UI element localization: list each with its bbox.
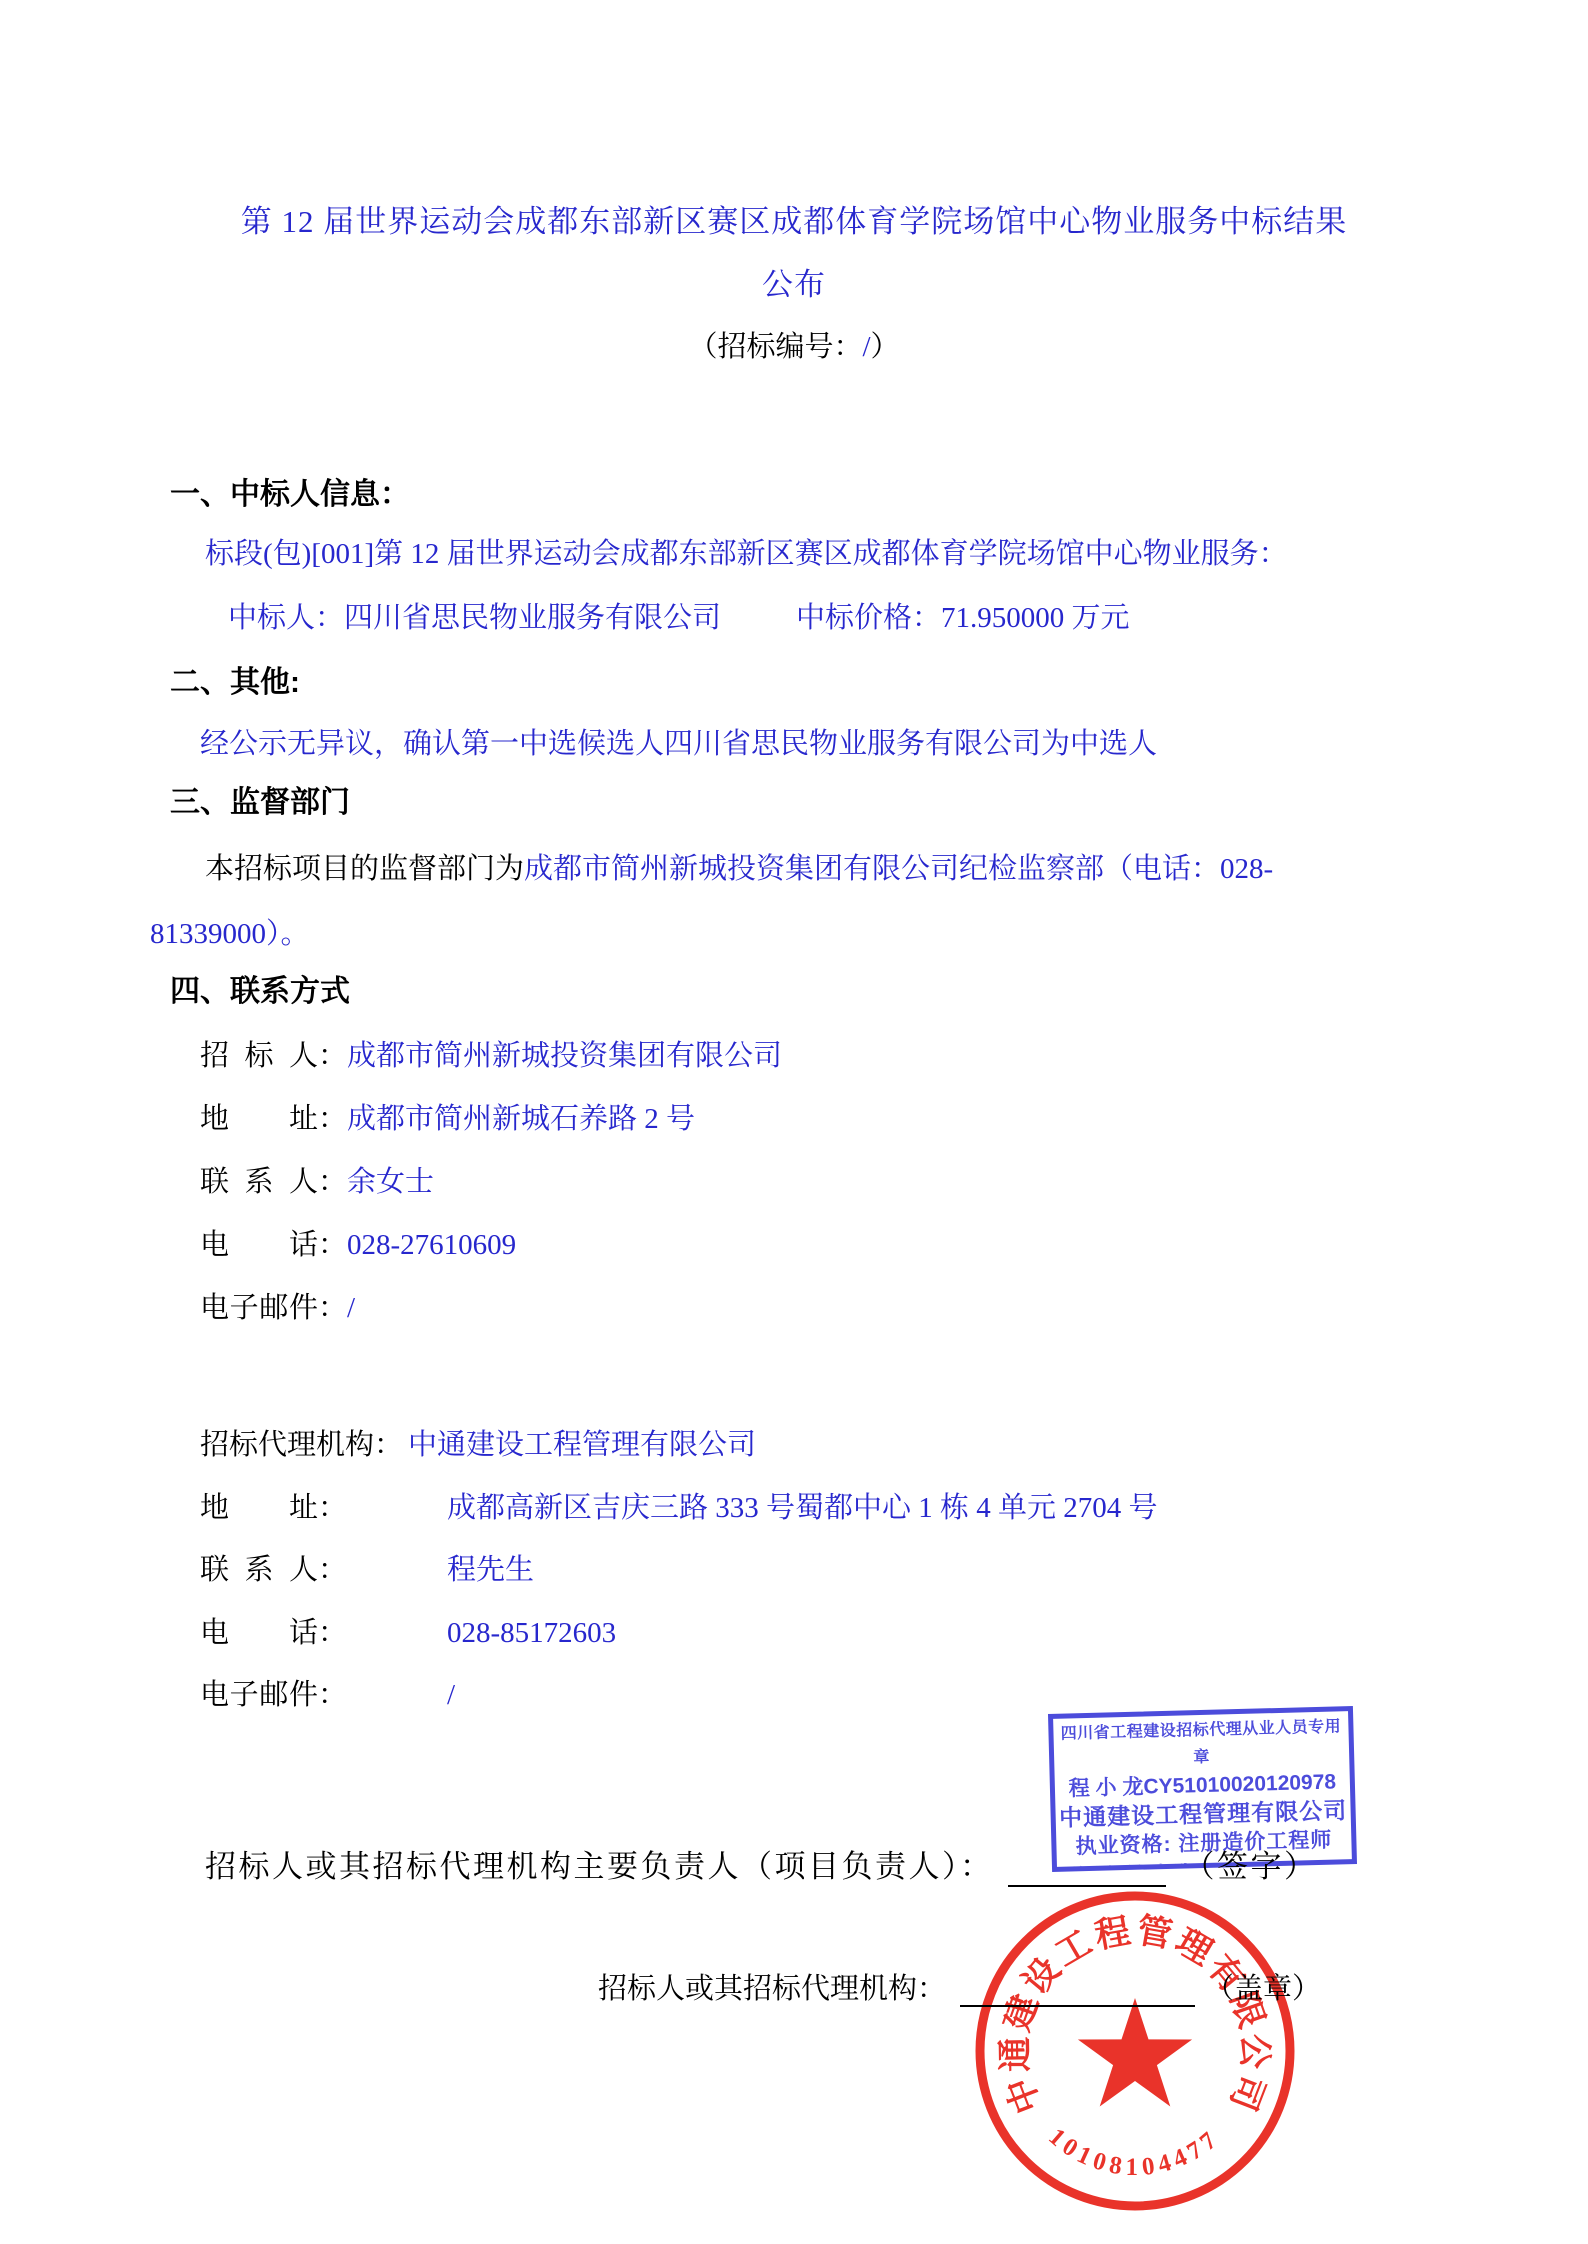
contact-row-email: 电子邮件：/ <box>200 1290 355 1326</box>
contact-value: / <box>347 1292 355 1324</box>
section-heading-contact: 四、联系方式 <box>170 973 350 1011</box>
supervision-line1: 本招标项目的监督部门为成都市简州新城投资集团有限公司纪检监察部（电话：028- <box>205 851 1273 887</box>
winner-name: 中标人：四川省思民物业服务有限公司 <box>228 602 721 634</box>
agency-row-email: 电子邮件：/ <box>200 1677 455 1713</box>
contact-colon: ： <box>318 1679 347 1711</box>
contact-value: 028-27610609 <box>347 1229 516 1261</box>
contact-colon: ： <box>318 1617 347 1649</box>
contact-colon: ： <box>318 1229 347 1261</box>
contact-colon: ： <box>318 1492 347 1524</box>
contact-colon: ： <box>318 1166 347 1198</box>
supervision-line1-blue: 成都市简州新城投资集团有限公司纪检监察部（电话：028- <box>524 853 1273 885</box>
contact-label: 地址 <box>200 1490 318 1526</box>
contact-value: / <box>447 1679 455 1711</box>
signature-label: 招标人或其招标代理机构： <box>598 1973 946 2005</box>
company-seal-stamp: 中通建设工程管理有限公司 1101081044772 <box>970 1886 1300 2216</box>
winner-line: 中标人：四川省思民物业服务有限公司中标价格：71.950000 万元 <box>228 600 1130 636</box>
lot-line: 标段(包)[001]第 12 届世界运动会成都东部新区赛区成都体育学院场馆中心物… <box>205 536 1288 572</box>
seal-star-icon <box>1078 1998 1192 2107</box>
tender-number-line: （招标编号：/） <box>0 329 1588 365</box>
section-heading-other: 二、其他: <box>170 664 300 702</box>
winner-price: 中标价格：71.950000 万元 <box>796 602 1130 634</box>
contact-colon: ： <box>374 1429 403 1461</box>
agent-stamp-title: 四川省工程建设招标代理从业人员专用章 <box>1053 1713 1349 1775</box>
tender-number-prefix: （招标编号： <box>688 331 862 363</box>
agency-row-name: 招标代理机构：中通建设工程管理有限公司 <box>200 1427 756 1463</box>
contact-value: 成都高新区吉庆三路 333 号蜀都中心 1 栋 4 单元 2704 号 <box>447 1492 1158 1524</box>
contact-label: 招标人 <box>200 1038 318 1074</box>
contact-label: 招标代理机构 <box>200 1429 374 1461</box>
agent-qualification-stamp: 四川省工程建设招标代理从业人员专用章 程 小 龙CY51010020120978… <box>1048 1706 1357 1872</box>
contact-colon: ： <box>318 1292 347 1324</box>
contact-colon: ： <box>318 1040 347 1072</box>
contact-label: 电子邮件 <box>200 1290 318 1326</box>
agency-row-person: 联系人：程先生 <box>200 1552 534 1588</box>
signature-label: 招标人或其招标代理机构主要负责人（项目负责人）： <box>205 1849 994 1884</box>
tender-number-value: / <box>862 331 870 363</box>
supervision-line2: 81339000）。 <box>150 916 310 952</box>
contact-value: 中通建设工程管理有限公司 <box>408 1429 756 1461</box>
contact-value: 028-85172603 <box>447 1617 616 1649</box>
contact-value: 程先生 <box>447 1554 534 1586</box>
contact-label: 电话 <box>200 1615 318 1651</box>
contact-row-tenderer: 招标人：成都市简州新城投资集团有限公司 <box>200 1038 782 1074</box>
contact-value: 成都市简州新城石养路 2 号 <box>347 1103 695 1135</box>
contact-row-address: 地址：成都市简州新城石养路 2 号 <box>200 1101 695 1137</box>
contact-colon: ： <box>318 1103 347 1135</box>
contact-label: 电话 <box>200 1227 318 1263</box>
document-page: 第 12 届世界运动会成都东部新区赛区成都体育学院场馆中心物业服务中标结果 公布… <box>0 0 1588 2244</box>
contact-row-phone: 电话：028-27610609 <box>200 1227 516 1263</box>
agency-row-address: 地址：成都高新区吉庆三路 333 号蜀都中心 1 栋 4 单元 2704 号 <box>200 1490 1158 1526</box>
other-body: 经公示无异议，确认第一中选候选人四川省思民物业服务有限公司为中选人 <box>200 726 1157 762</box>
contact-label: 联系人 <box>200 1164 318 1200</box>
supervision-line1-black: 本招标项目的监督部门为 <box>205 853 524 885</box>
contact-value: 成都市简州新城投资集团有限公司 <box>347 1040 782 1072</box>
contact-label: 电子邮件 <box>200 1677 318 1713</box>
section-heading-supervision: 三、监督部门 <box>170 784 350 822</box>
contact-label: 联系人 <box>200 1552 318 1588</box>
contact-value: 余女士 <box>347 1166 434 1198</box>
contact-label: 地址 <box>200 1101 318 1137</box>
contact-row-person: 联系人：余女士 <box>200 1164 434 1200</box>
page-title-line1: 第 12 届世界运动会成都东部新区赛区成都体育学院场馆中心物业服务中标结果 <box>0 203 1588 242</box>
page-title-line2: 公布 <box>0 266 1588 305</box>
section-heading-winner-info: 一、中标人信息： <box>170 476 410 514</box>
agency-row-phone: 电话：028-85172603 <box>200 1615 616 1651</box>
contact-colon: ： <box>318 1554 347 1586</box>
tender-number-suffix: ） <box>871 331 900 363</box>
